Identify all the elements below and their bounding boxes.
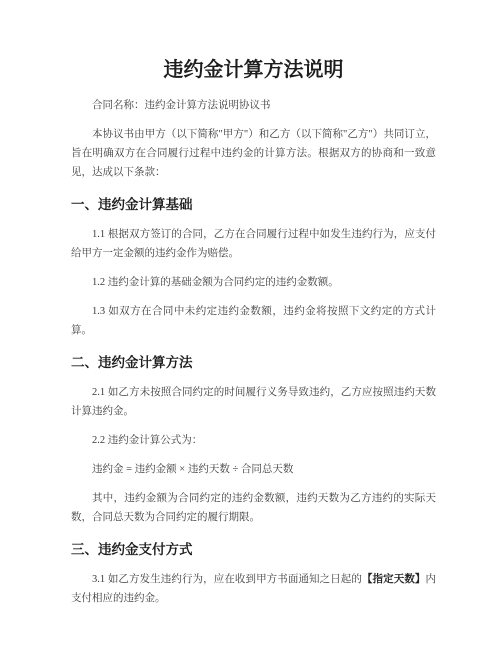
section-heading-2: 二、违约金计算方法: [71, 353, 436, 372]
section-heading-1: 一、违约金计算基础: [71, 195, 436, 214]
section-paragraph: 3.1 如乙方发生违约行为，应在收到甲方书面通知之日起的【指定天数】内支付相应的…: [71, 570, 436, 608]
document-sections: 一、违约金计算基础1.1 根据双方签订的合同，乙方在合同履行过程中如发生违约行为…: [71, 195, 436, 608]
highlighted-term: 【指定天数】: [362, 574, 426, 585]
text-run: 3.1 如乙方发生违约行为，应在收到甲方书面通知之日起的: [92, 574, 362, 585]
section-heading-3: 三、违约金支付方式: [71, 540, 436, 559]
intro-paragraph: 本协议书由甲方（以下简称"甲方"）和乙方（以下简称"乙方"）共同订立，旨在明确双…: [71, 125, 436, 182]
contract-name-line: 合同名称：违约金计算方法说明协议书: [71, 96, 436, 115]
section-paragraph: 2.2 违约金计算公式为：: [71, 431, 436, 450]
section-paragraph: 1.2 违约金计算的基础金额为合同约定的违约金数额。: [71, 273, 436, 292]
document-page: 违约金计算方法说明 合同名称：违约金计算方法说明协议书 本协议书由甲方（以下简称…: [0, 0, 500, 647]
document-title: 违约金计算方法说明: [71, 56, 436, 84]
section-paragraph: 其中，违约金额为合同约定的违约金数额，违约天数为乙方违约的实际天数，合同总天数为…: [71, 489, 436, 527]
section-paragraph: 1.1 根据双方签订的合同，乙方在合同履行过程中如发生违约行为，应支付给甲方一定…: [71, 225, 436, 263]
section-paragraph: 1.3 如双方在合同中未约定违约金数额，违约金将按照下文约定的方式计算。: [71, 302, 436, 340]
section-paragraph: 2.1 如乙方未按照合同约定的时间履行义务导致违约，乙方应按照违约天数计算违约金…: [71, 383, 436, 421]
section-paragraph: 违约金 = 违约金额 × 违约天数 ÷ 合同总天数: [71, 460, 436, 479]
